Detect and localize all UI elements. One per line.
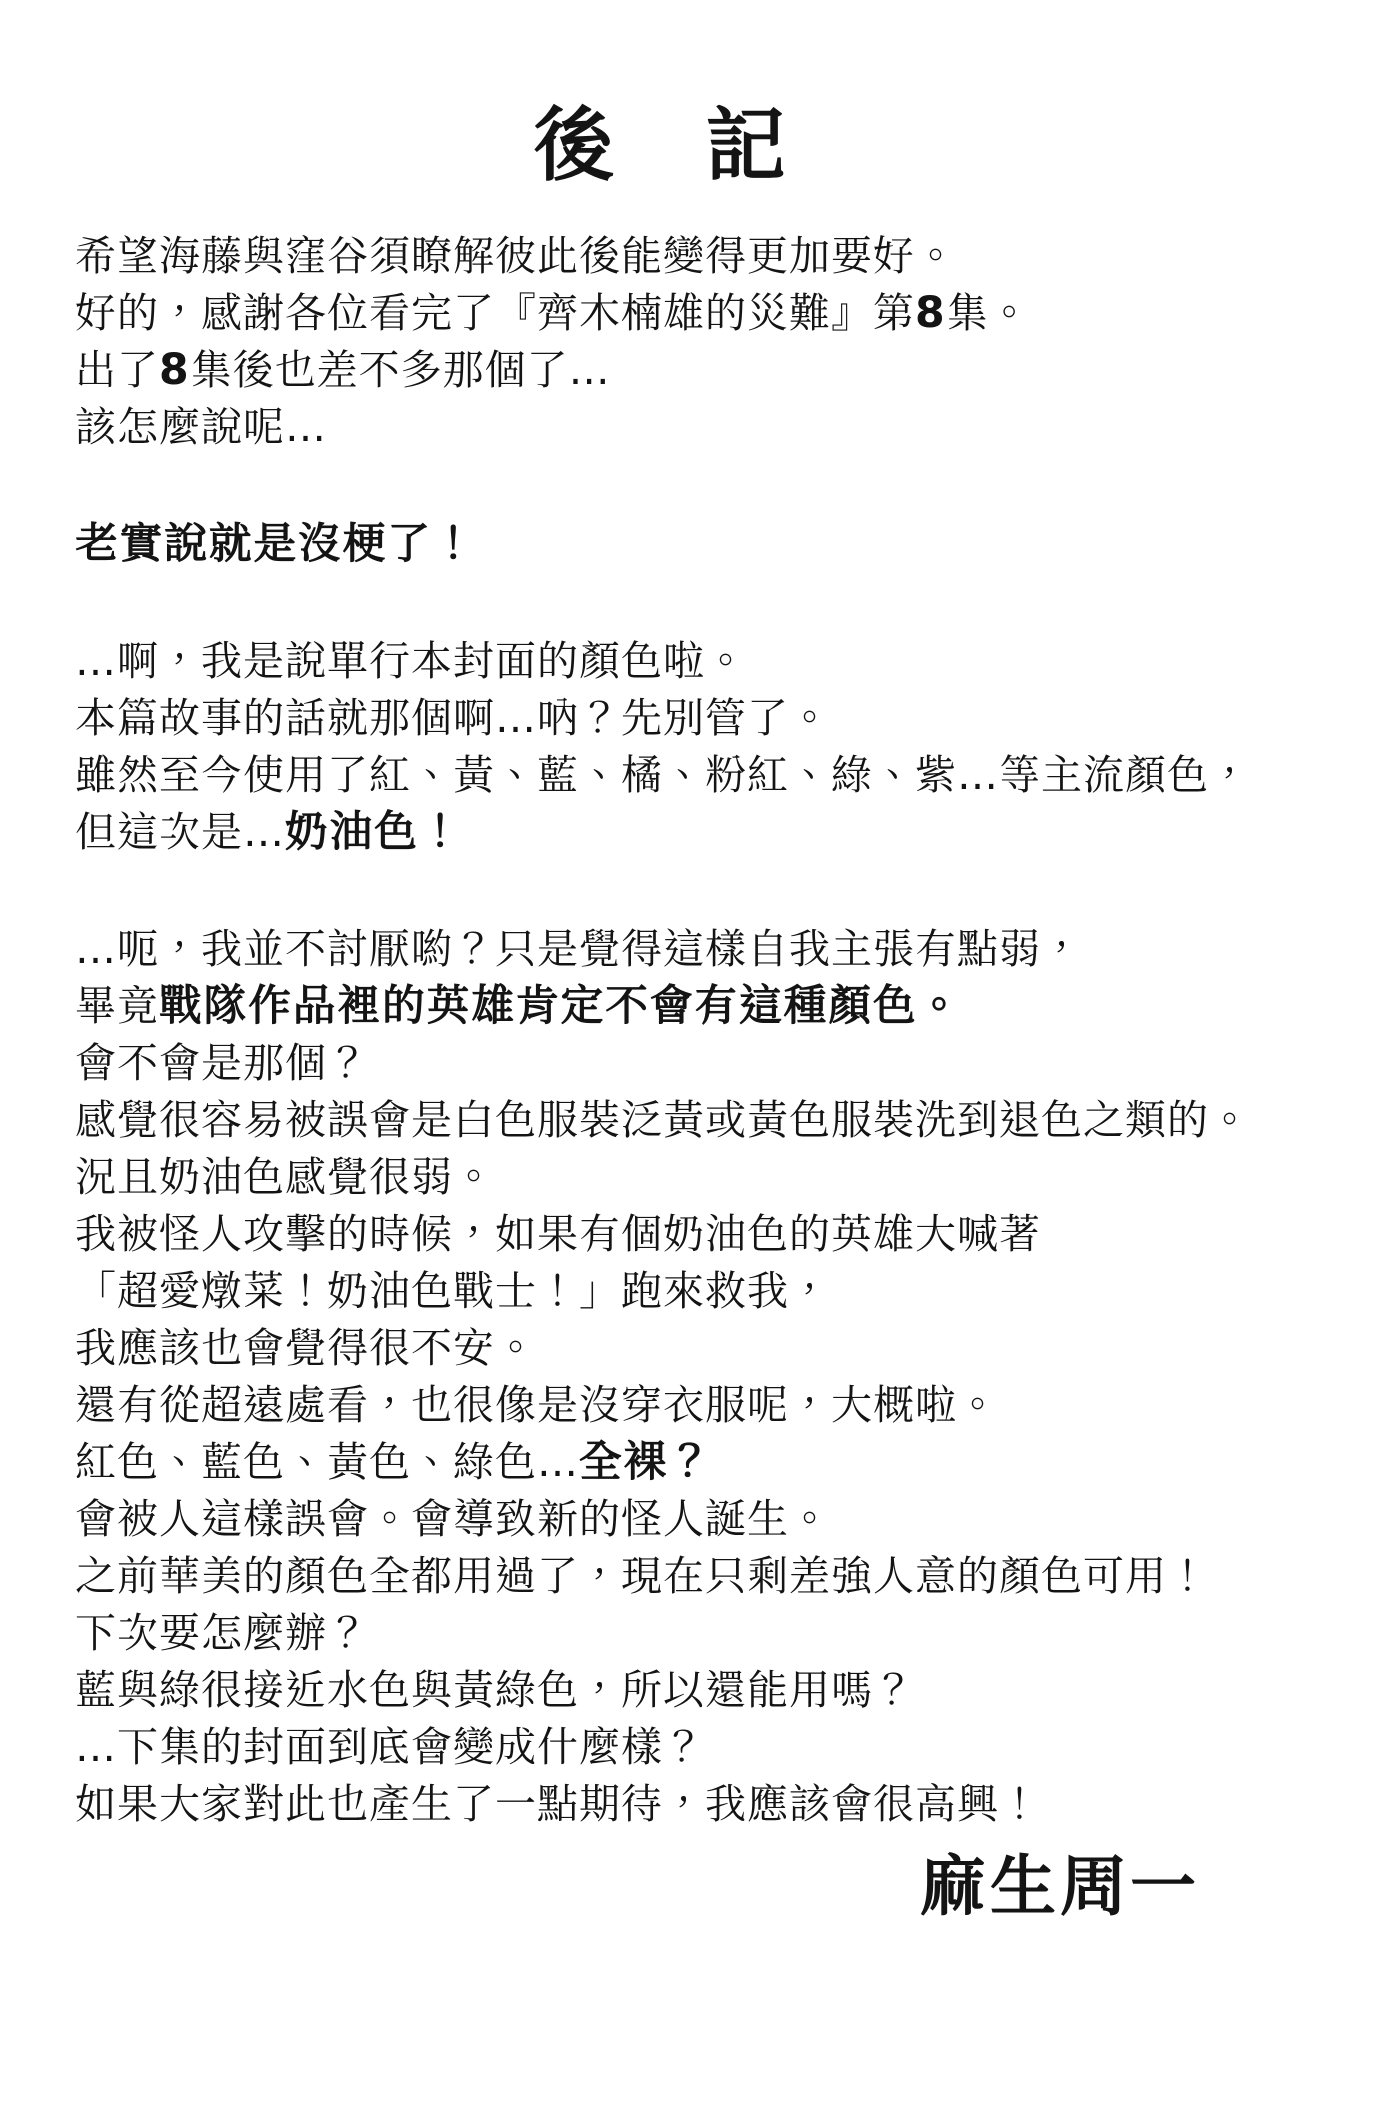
text-segment: 本篇故事的話就那個啊…吶？先別管了。 (75, 694, 831, 742)
text-segment: 藍與綠很接近水色與黃綠色，所以還能用嗎？ (75, 1666, 915, 1714)
paragraph-line: 老實說就是沒梗了！ (75, 516, 1330, 573)
text-segment: 如果大家對此也產生了一點期待，我應該會很高興！ (75, 1780, 1041, 1828)
author-signature: 麻生周一 (75, 1847, 1330, 1926)
paragraph-line: 該怎麼說呢… (75, 399, 1330, 456)
paragraph-line: 下次要怎麼辦？ (75, 1605, 1330, 1662)
text-segment-bold: 奶油色！ (285, 807, 464, 857)
paragraph-gap (75, 456, 1330, 516)
text-segment: 好的，感謝各位看完了『齊木楠雄的災難』第 (75, 289, 915, 337)
paragraph-line: 我應該也會覺得很不安。 (75, 1320, 1330, 1377)
text-segment: …呃，我並不討厭喲？只是覺得這樣自我主張有點弱， (75, 925, 1083, 973)
text-segment: 況且奶油色感覺很弱。 (75, 1153, 495, 1201)
text-segment: 會被人這樣誤會。會導致新的怪人誕生。 (75, 1495, 831, 1543)
text-segment: 雖然至今使用了紅、黃、藍、橘、粉紅、綠、紫…等主流顏色， (75, 751, 1251, 799)
paragraph-gap (75, 861, 1330, 921)
text-segment-bold: 8 (159, 345, 191, 395)
text-segment-bold: 老實說就是沒梗了！ (75, 519, 477, 569)
paragraph-line: 況且奶油色感覺很弱。 (75, 1149, 1330, 1206)
text-segment-bold: 戰隊作品裡的英雄肯定不會有這種顏色。 (159, 981, 962, 1031)
paragraph-gap (75, 573, 1330, 633)
text-segment: 希望海藤與窪谷須瞭解彼此後能變得更加要好。 (75, 232, 957, 280)
text-segment: 還有從超遠處看，也很像是沒穿衣服呢，大概啦。 (75, 1381, 999, 1429)
text-segment: …啊，我是說單行本封面的顏色啦。 (75, 637, 747, 685)
text-segment: 會不會是那個？ (75, 1039, 369, 1087)
text-segment: 感覺很容易被誤會是白色服裝泛黃或黃色服裝洗到退色之類的。 (75, 1096, 1251, 1144)
text-segment: 我被怪人攻擊的時候，如果有個奶油色的英雄大喊著 (75, 1210, 1041, 1258)
text-segment: …下集的封面到底會變成什麼樣？ (75, 1723, 705, 1771)
text-segment: 出了 (75, 346, 159, 394)
afterword-body: 希望海藤與窪谷須瞭解彼此後能變得更加要好。好的，感謝各位看完了『齊木楠雄的災難』… (75, 228, 1330, 1833)
text-segment: 該怎麼說呢… (75, 403, 327, 451)
text-segment: 紅色、藍色、黃色、綠色… (75, 1438, 579, 1486)
paragraph-line: 好的，感謝各位看完了『齊木楠雄的災難』第8集。 (75, 285, 1330, 342)
paragraph-line: 雖然至今使用了紅、黃、藍、橘、粉紅、綠、紫…等主流顏色， (75, 747, 1330, 804)
afterword-page: 後 記 希望海藤與窪谷須瞭解彼此後能變得更加要好。好的，感謝各位看完了『齊木楠雄… (0, 0, 1400, 2101)
paragraph-line: 「超愛燉菜！奶油色戰士！」跑來救我， (75, 1263, 1330, 1320)
text-segment: 畢竟 (75, 982, 159, 1030)
paragraph-line: 會被人這樣誤會。會導致新的怪人誕生。 (75, 1491, 1330, 1548)
paragraph-line: 紅色、藍色、黃色、綠色…全裸？ (75, 1434, 1330, 1491)
text-segment: 下次要怎麼辦？ (75, 1609, 369, 1657)
paragraph-line: …下集的封面到底會變成什麼樣？ (75, 1719, 1330, 1776)
paragraph-line: 畢竟戰隊作品裡的英雄肯定不會有這種顏色。 (75, 978, 1330, 1035)
text-segment: 集後也差不多那個了… (191, 346, 611, 394)
paragraph-line: 藍與綠很接近水色與黃綠色，所以還能用嗎？ (75, 1662, 1330, 1719)
text-segment: 之前華美的顏色全都用過了，現在只剩差強人意的顏色可用！ (75, 1552, 1209, 1600)
paragraph-line: 但這次是…奶油色！ (75, 804, 1330, 861)
paragraph-line: 本篇故事的話就那個啊…吶？先別管了。 (75, 690, 1330, 747)
text-segment: 但這次是… (75, 808, 285, 856)
text-segment-bold: 8 (915, 288, 947, 338)
paragraph-line: 希望海藤與窪谷須瞭解彼此後能變得更加要好。 (75, 228, 1330, 285)
paragraph-line: 出了8集後也差不多那個了… (75, 342, 1330, 399)
text-segment: 我應該也會覺得很不安。 (75, 1324, 537, 1372)
text-segment: 集。 (947, 289, 1031, 337)
paragraph-line: 還有從超遠處看，也很像是沒穿衣服呢，大概啦。 (75, 1377, 1330, 1434)
text-segment: 「超愛燉菜！奶油色戰士！」跑來救我， (75, 1267, 831, 1315)
paragraph-line: 會不會是那個？ (75, 1035, 1330, 1092)
paragraph-line: 如果大家對此也產生了一點期待，我應該會很高興！ (75, 1776, 1330, 1833)
paragraph-line: 我被怪人攻擊的時候，如果有個奶油色的英雄大喊著 (75, 1206, 1330, 1263)
paragraph-line: …呃，我並不討厭喲？只是覺得這樣自我主張有點弱， (75, 921, 1330, 978)
paragraph-line: 之前華美的顏色全都用過了，現在只剩差強人意的顏色可用！ (75, 1548, 1330, 1605)
page-title: 後 記 (35, 96, 1290, 196)
paragraph-line: 感覺很容易被誤會是白色服裝泛黃或黃色服裝洗到退色之類的。 (75, 1092, 1330, 1149)
paragraph-line: …啊，我是說單行本封面的顏色啦。 (75, 633, 1330, 690)
text-segment-bold: 全裸？ (579, 1437, 713, 1487)
